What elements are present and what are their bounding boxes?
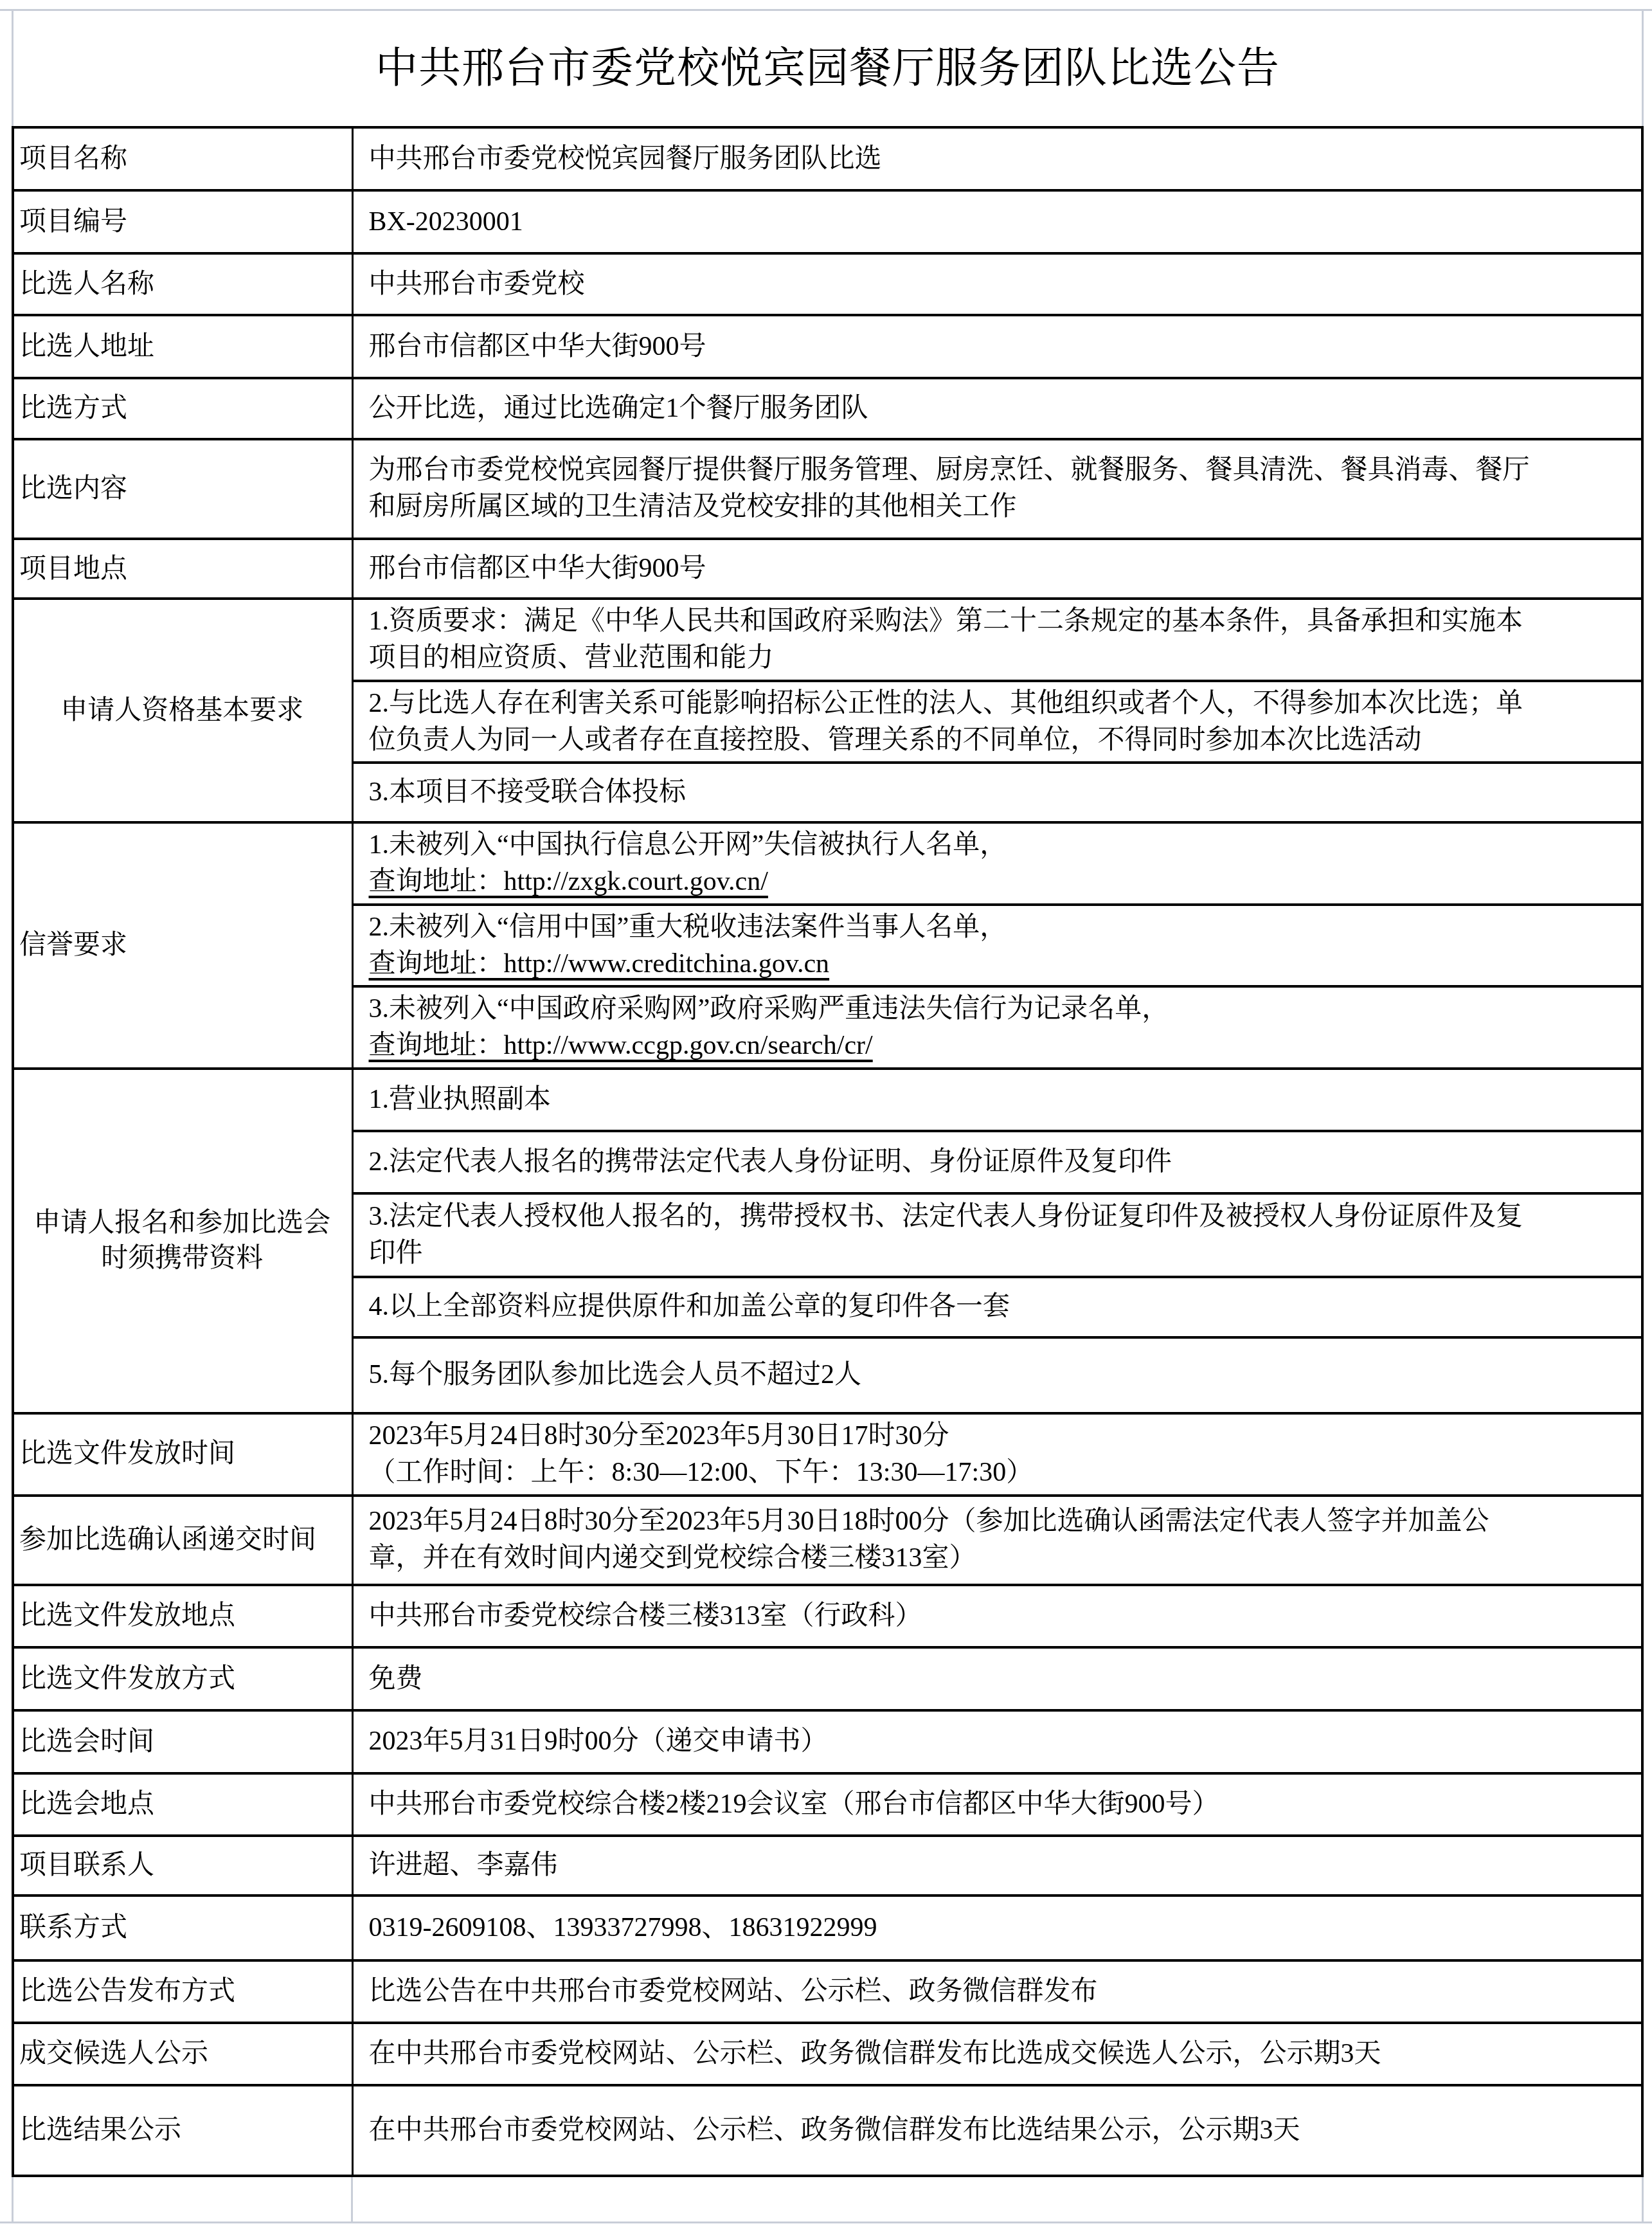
- row-value: 中共邢台市委党校综合楼三楼313室（行政科）: [352, 1585, 1642, 1647]
- row-label: 参加比选确认函递交时间: [13, 1496, 352, 1586]
- row-value: 在中共邢台市委党校网站、公示栏、政务微信群发布比选成交候选人公示，公示期3天: [352, 2023, 1642, 2085]
- row-value: 2023年5月24日8时30分至2023年5月30日18时00分（参加比选确认函…: [352, 1496, 1642, 1586]
- row-value: 2023年5月24日8时30分至2023年5月30日17时30分（工作时间：上午…: [352, 1413, 1642, 1495]
- value-line: 在中共邢台市委党校网站、公示栏、政务微信群发布比选成交候选人公示，公示期3天: [369, 2036, 1622, 2072]
- value-line: 印件: [369, 1235, 1622, 1272]
- table-row: 比选人名称中共邢台市委党校: [13, 253, 1642, 315]
- row-value: 为邢台市委党校悦宾园餐厅提供餐厅服务管理、厨房烹饪、就餐服务、餐具清洗、餐具消毒…: [352, 439, 1642, 539]
- row-label: 比选文件发放时间: [13, 1413, 352, 1495]
- value-line: 邢台市信都区中华大街900号: [369, 329, 1622, 365]
- row-label: 比选人名称: [13, 253, 352, 315]
- table-row: 信誉要求1.未被列入“中国执行信息公开网”失信被执行人名单，查询地址：http:…: [13, 822, 1642, 904]
- row-value: 1.营业执照副本: [352, 1069, 1642, 1131]
- table-row: 项目联系人许进超、李嘉伟: [13, 1836, 1642, 1896]
- table-row: 比选方式公开比选，通过比选确定1个餐厅服务团队: [13, 378, 1642, 439]
- value-line: 2023年5月24日8时30分至2023年5月30日17时30分: [369, 1418, 1622, 1454]
- row-value: 5.每个服务团队参加比选会人员不超过2人: [352, 1337, 1642, 1413]
- page-title: 中共邢台市委党校悦宾园餐厅服务团队比选公告: [375, 43, 1280, 94]
- row-label: 联系方式: [13, 1896, 352, 1960]
- row-value: 1.未被列入“中国执行信息公开网”失信被执行人名单，查询地址：http://zx…: [352, 822, 1642, 904]
- table-row: 项目名称中共邢台市委党校悦宾园餐厅服务团队比选: [13, 127, 1642, 190]
- table-row: 项目编号BX-20230001: [13, 190, 1642, 253]
- row-label: 项目地点: [13, 539, 352, 599]
- row-value: 中共邢台市委党校: [352, 253, 1642, 315]
- empty-bottom-row: [12, 2177, 1644, 2222]
- table-row: 参加比选确认函递交时间2023年5月24日8时30分至2023年5月30日18时…: [13, 1496, 1642, 1586]
- table-row: 项目地点邢台市信都区中华大街900号: [13, 539, 1642, 599]
- row-label: 比选人地址: [13, 315, 352, 378]
- value-line: （工作时间：上午：8:30—12:00、下午：13:30—17:30）: [369, 1454, 1622, 1491]
- value-line: 免费: [369, 1661, 1622, 1697]
- value-line: 2.与比选人存在利害关系可能影响招标公正性的法人、其他组织或者个人，不得参加本次…: [369, 685, 1622, 722]
- value-line: 2023年5月31日9时00分（递交申请书）: [369, 1723, 1622, 1760]
- row-label: 项目联系人: [13, 1836, 352, 1896]
- value-line: 章，并在有效时间内递交到党校综合楼三楼313室）: [369, 1540, 1622, 1577]
- query-address-line: 查询地址：http://zxgk.court.gov.cn/: [369, 864, 1622, 900]
- row-value: 3.法定代表人授权他人报名的，携带授权书、法定代表人身份证复印件及被授权人身份证…: [352, 1193, 1642, 1277]
- query-address-line: 查询地址：http://www.creditchina.gov.cn: [369, 946, 1622, 982]
- row-label: 比选内容: [13, 439, 352, 539]
- value-line: 2023年5月24日8时30分至2023年5月30日18时00分（参加比选确认函…: [369, 1503, 1622, 1540]
- value-line: 3.未被列入“中国政府采购网”政府采购严重违法失信行为记录名单，: [369, 991, 1622, 1027]
- table-row: 申请人资格基本要求1.资质要求：满足《中华人民共和国政府采购法》第二十二条规定的…: [13, 599, 1642, 680]
- row-label: 比选会地点: [13, 1773, 352, 1836]
- row-label: 项目名称: [13, 127, 352, 190]
- value-line: 2.法定代表人报名的携带法定代表人身份证明、身份证原件及复印件: [369, 1144, 1622, 1181]
- value-line: 和厨房所属区域的卫生清洁及党校安排的其他相关工作: [369, 489, 1622, 525]
- announcement-sheet: 中共邢台市委党校悦宾园餐厅服务团队比选公告 项目名称中共邢台市委党校悦宾园餐厅服…: [0, 0, 1652, 2235]
- table-row: 比选文件发放时间2023年5月24日8时30分至2023年5月30日17时30分…: [13, 1413, 1642, 1495]
- row-value: 1.资质要求：满足《中华人民共和国政府采购法》第二十二条规定的基本条件，具备承担…: [352, 599, 1642, 680]
- value-line: 中共邢台市委党校综合楼2楼219会议室（邢台市信都区中华大街900号）: [369, 1786, 1622, 1823]
- value-line: 项目的相应资质、营业范围和能力: [369, 640, 1622, 676]
- value-line: 中共邢台市委党校综合楼三楼313室（行政科）: [369, 1598, 1622, 1634]
- table-row: 比选公告发布方式比选公告在中共邢台市委党校网站、公示栏、政务微信群发布: [13, 1960, 1642, 2023]
- value-line: 2.未被列入“信用中国”重大税收违法案件当事人名单，: [369, 909, 1622, 946]
- announcement-table-body: 项目名称中共邢台市委党校悦宾园餐厅服务团队比选项目编号BX-20230001比选…: [13, 127, 1642, 2176]
- title-cell: 中共邢台市委党校悦宾园餐厅服务团队比选公告: [12, 11, 1644, 126]
- row-value: 2023年5月31日9时00分（递交申请书）: [352, 1710, 1642, 1773]
- row-value: 许进超、李嘉伟: [352, 1836, 1642, 1896]
- value-line: 1.营业执照副本: [369, 1081, 1622, 1118]
- table-row: 比选人地址邢台市信都区中华大街900号: [13, 315, 1642, 378]
- row-label: 比选公告发布方式: [13, 1960, 352, 2023]
- row-value: 中共邢台市委党校悦宾园餐厅服务团队比选: [352, 127, 1642, 190]
- row-label: 成交候选人公示: [13, 2023, 352, 2085]
- table-row: 比选文件发放方式免费: [13, 1647, 1642, 1710]
- value-line: 在中共邢台市委党校网站、公示栏、政务微信群发布比选结果公示，公示期3天: [369, 2112, 1622, 2149]
- table-row: 比选会时间2023年5月31日9时00分（递交申请书）: [13, 1710, 1642, 1773]
- value-line: 中共邢台市委党校: [369, 266, 1622, 303]
- value-line: 邢台市信都区中华大街900号: [369, 550, 1622, 587]
- value-line: 许进超、李嘉伟: [369, 1847, 1622, 1884]
- table-row: 比选内容为邢台市委党校悦宾园餐厅提供餐厅服务管理、厨房烹饪、就餐服务、餐具清洗、…: [13, 439, 1642, 539]
- value-line: 公开比选，通过比选确定1个餐厅服务团队: [369, 390, 1622, 427]
- bottom-row-divider: [351, 2177, 353, 2222]
- announcement-table: 项目名称中共邢台市委党校悦宾园餐厅服务团队比选项目编号BX-20230001比选…: [12, 126, 1644, 2177]
- value-line: 1.未被列入“中国执行信息公开网”失信被执行人名单，: [369, 827, 1622, 864]
- row-value: 在中共邢台市委党校网站、公示栏、政务微信群发布比选结果公示，公示期3天: [352, 2085, 1642, 2176]
- table-row: 联系方式0319-2609108、13933727998、18631922999: [13, 1896, 1642, 1960]
- value-line: 位负责人为同一人或者存在直接控股、管理关系的不同单位，不得同时参加本次比选活动: [369, 722, 1622, 759]
- row-label: 信誉要求: [13, 822, 352, 1068]
- table-row: 比选结果公示在中共邢台市委党校网站、公示栏、政务微信群发布比选结果公示，公示期3…: [13, 2085, 1642, 2176]
- bottom-gridline: [0, 2221, 1652, 2223]
- row-label: 申请人资格基本要求: [13, 599, 352, 822]
- row-value: 比选公告在中共邢台市委党校网站、公示栏、政务微信群发布: [352, 1960, 1642, 2023]
- value-line: 中共邢台市委党校悦宾园餐厅服务团队比选: [369, 141, 1622, 177]
- row-label: 申请人报名和参加比选会 时须携带资料: [13, 1069, 352, 1413]
- value-line: 比选公告在中共邢台市委党校网站、公示栏、政务微信群发布: [369, 1973, 1622, 2010]
- value-line: 为邢台市委党校悦宾园餐厅提供餐厅服务管理、厨房烹饪、就餐服务、餐具清洗、餐具消毒…: [369, 452, 1622, 489]
- value-line: 3.法定代表人授权他人报名的，携带授权书、法定代表人身份证复印件及被授权人身份证…: [369, 1199, 1622, 1235]
- value-line: 4.以上全部资料应提供原件和加盖公章的复印件各一套: [369, 1289, 1622, 1325]
- query-address-line: 查询地址：http://www.ccgp.gov.cn/search/cr/: [369, 1027, 1622, 1064]
- row-value: 2.未被列入“信用中国”重大税收违法案件当事人名单，查询地址：http://ww…: [352, 905, 1642, 986]
- row-label: 比选文件发放方式: [13, 1647, 352, 1710]
- row-value: 4.以上全部资料应提供原件和加盖公章的复印件各一套: [352, 1277, 1642, 1337]
- row-value: 2.与比选人存在利害关系可能影响招标公正性的法人、其他组织或者个人，不得参加本次…: [352, 681, 1642, 763]
- row-value: BX-20230001: [352, 190, 1642, 253]
- row-value: 公开比选，通过比选确定1个餐厅服务团队: [352, 378, 1642, 439]
- row-value: 邢台市信都区中华大街900号: [352, 315, 1642, 378]
- row-value: 0319-2609108、13933727998、18631922999: [352, 1896, 1642, 1960]
- row-label: 比选文件发放地点: [13, 1585, 352, 1647]
- row-value: 邢台市信都区中华大街900号: [352, 539, 1642, 599]
- row-label: 比选方式: [13, 378, 352, 439]
- value-line: 3.本项目不接受联合体投标: [369, 774, 1622, 811]
- value-line: 5.每个服务团队参加比选会人员不超过2人: [369, 1357, 1622, 1393]
- value-line: BX-20230001: [369, 204, 1622, 240]
- row-value: 3.本项目不接受联合体投标: [352, 763, 1642, 822]
- row-value: 2.法定代表人报名的携带法定代表人身份证明、身份证原件及复印件: [352, 1131, 1642, 1193]
- row-value: 3.未被列入“中国政府采购网”政府采购严重违法失信行为记录名单，查询地址：htt…: [352, 986, 1642, 1068]
- value-line: 0319-2609108、13933727998、18631922999: [369, 1910, 1622, 1946]
- table-row: 申请人报名和参加比选会 时须携带资料1.营业执照副本: [13, 1069, 1642, 1131]
- row-value: 中共邢台市委党校综合楼2楼219会议室（邢台市信都区中华大街900号）: [352, 1773, 1642, 1836]
- table-row: 比选文件发放地点中共邢台市委党校综合楼三楼313室（行政科）: [13, 1585, 1642, 1647]
- table-row: 比选会地点中共邢台市委党校综合楼2楼219会议室（邢台市信都区中华大街900号）: [13, 1773, 1642, 1836]
- value-line: 1.资质要求：满足《中华人民共和国政府采购法》第二十二条规定的基本条件，具备承担…: [369, 603, 1622, 640]
- row-label: 项目编号: [13, 190, 352, 253]
- row-label: 比选会时间: [13, 1710, 352, 1773]
- row-label: 比选结果公示: [13, 2085, 352, 2176]
- table-row: 成交候选人公示在中共邢台市委党校网站、公示栏、政务微信群发布比选成交候选人公示，…: [13, 2023, 1642, 2085]
- row-value: 免费: [352, 1647, 1642, 1710]
